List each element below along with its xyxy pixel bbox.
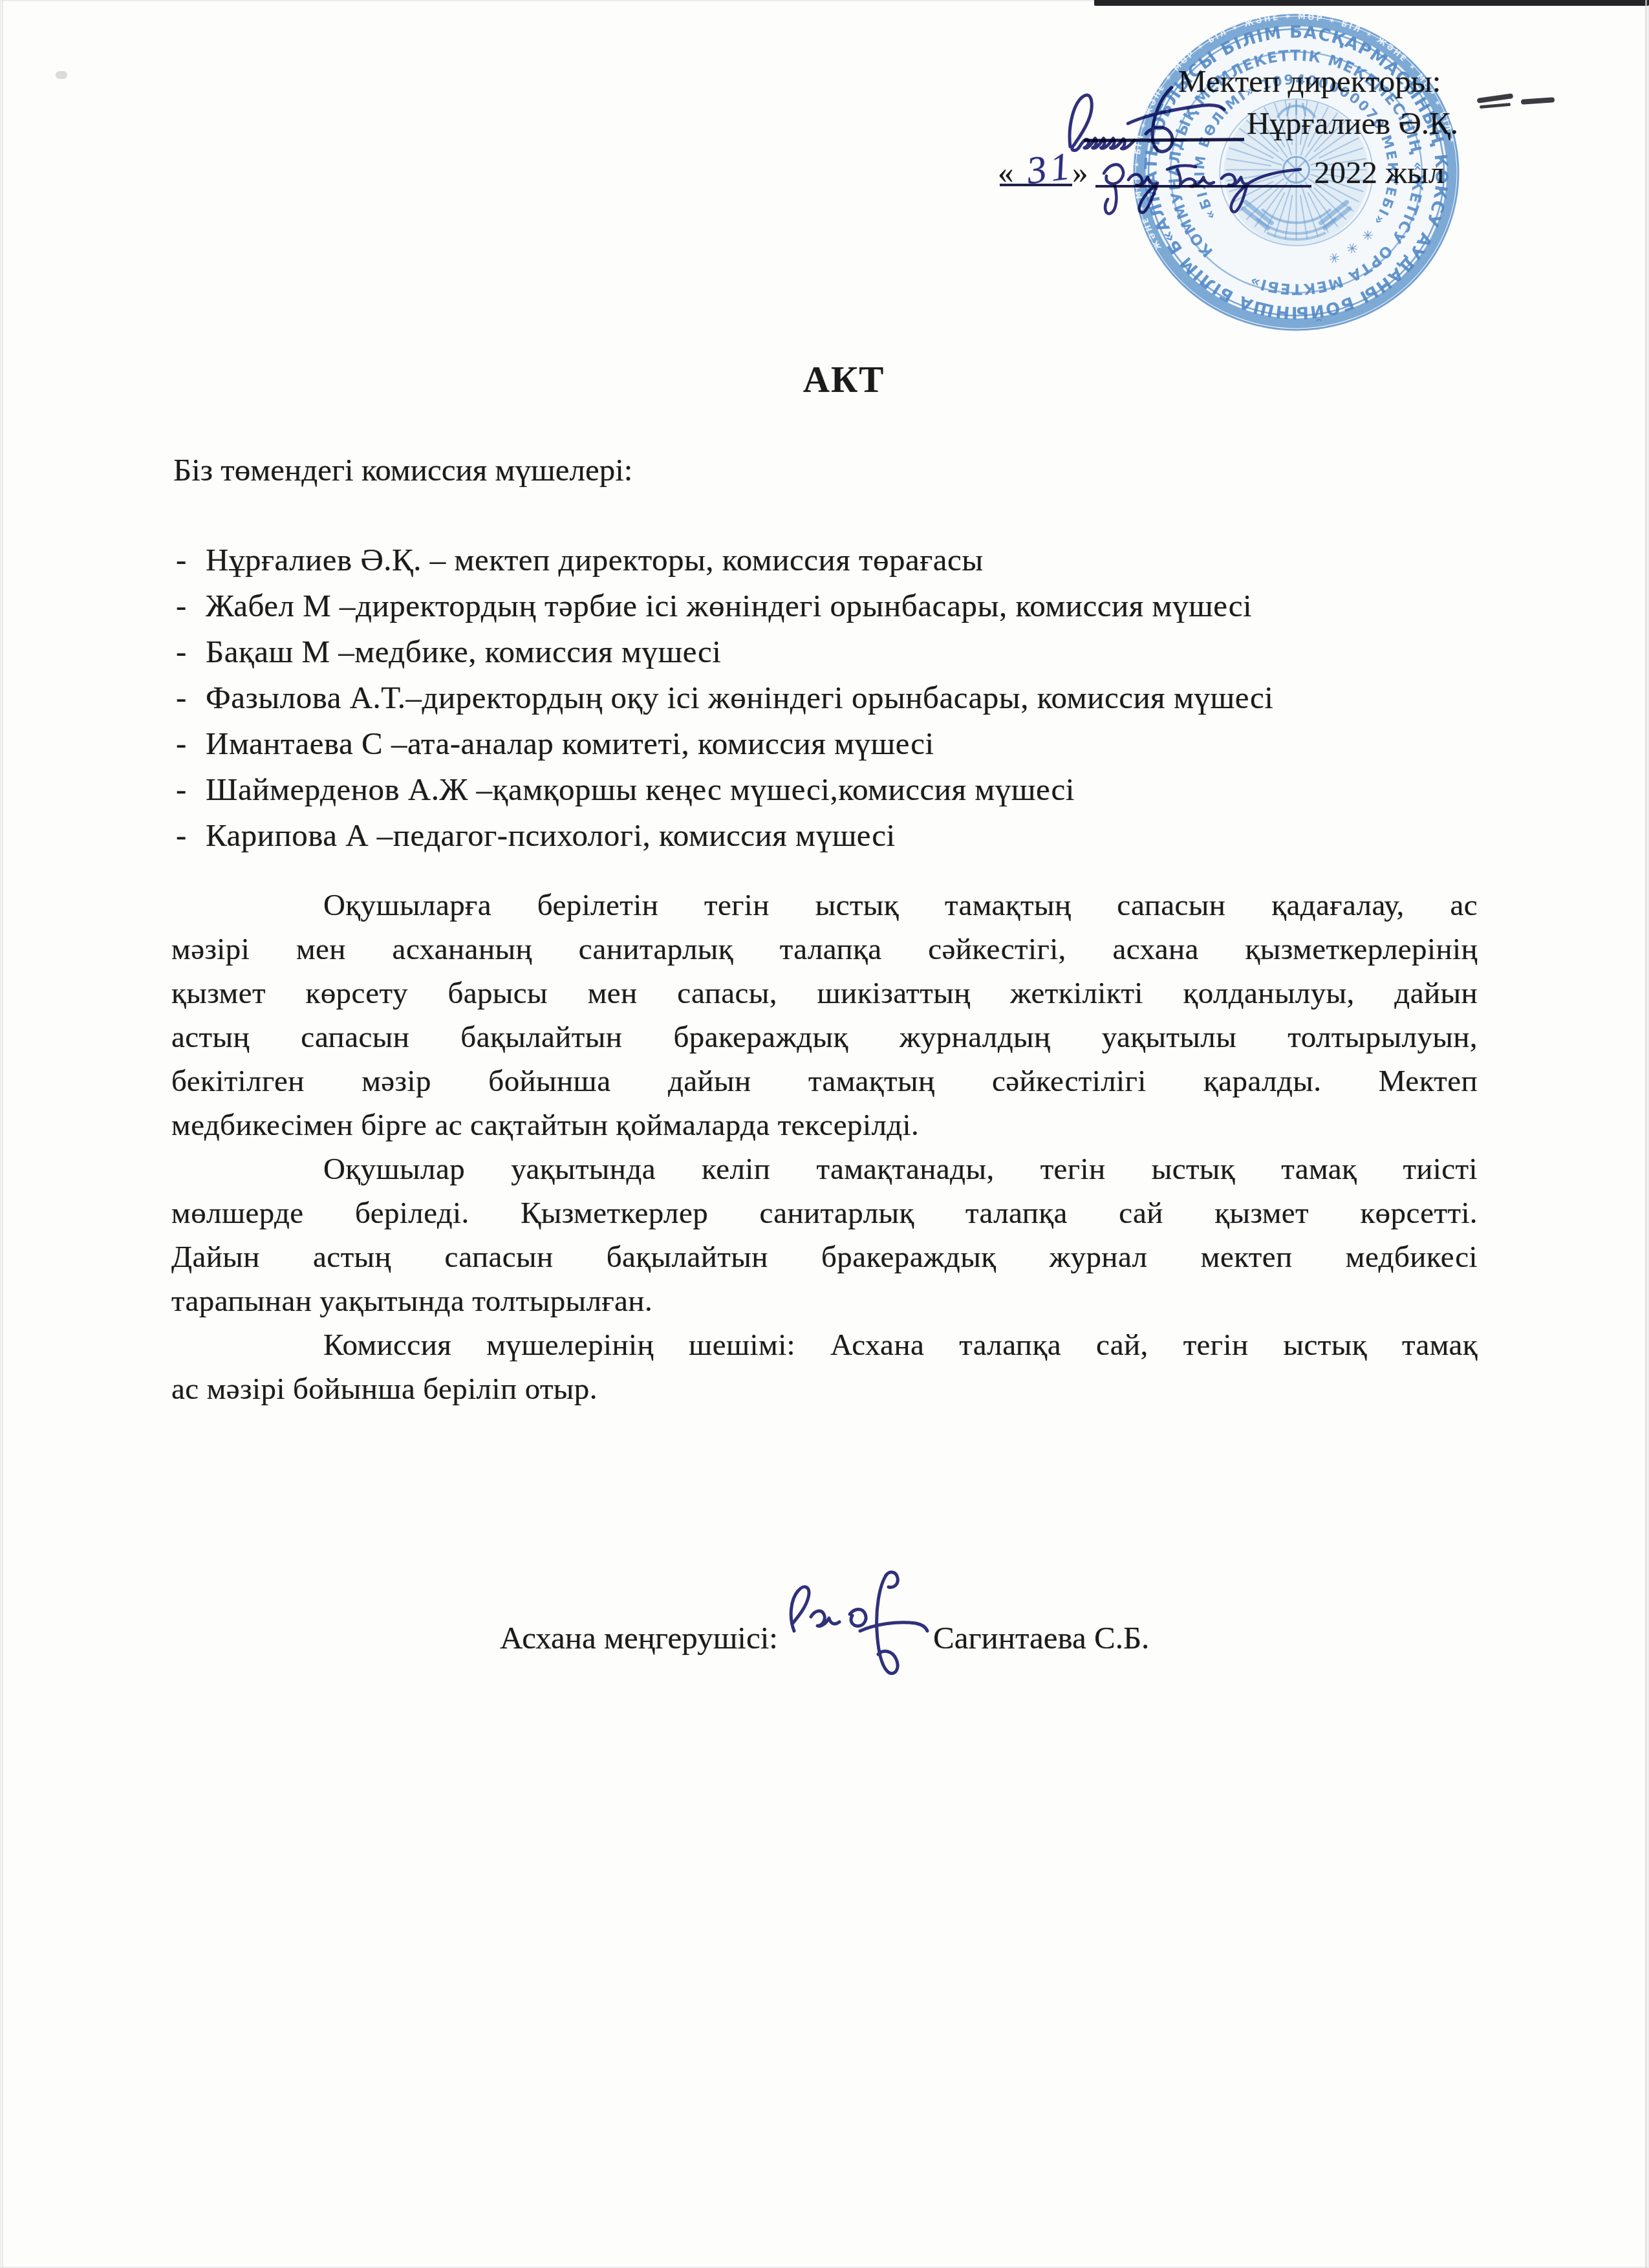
canteen-manager-name: Сагинтаева С.Б.	[933, 1619, 1149, 1656]
list-dash: -	[176, 537, 187, 583]
member-text: Имантаева С –ата-аналар комитеті, комисс…	[206, 726, 934, 761]
paragraph-line: тарапынан уақытында толтырылған.	[171, 1279, 1478, 1323]
pen-mark-artifact	[1477, 93, 1514, 103]
paragraph-line: астың сапасын бақылайтын бракераждық жур…	[171, 1015, 1478, 1059]
pen-mark-artifact	[1480, 103, 1511, 109]
member-text: Бақаш М –медбике, комиссия мүшесі	[206, 634, 721, 669]
canteen-manager-signature-ink	[782, 1569, 931, 1682]
paragraph-line: бекітілген мәзір бойынша дайын тамақтың …	[171, 1059, 1478, 1103]
member-item: -Фазылова А.Т.–директордың оқу ісі жөнін…	[176, 675, 1273, 720]
paragraph-line: Оқушыларға берілетін тегін ыстық тамақты…	[171, 883, 1478, 927]
date-day-underline	[1000, 184, 1072, 186]
paragraph-line: Комиссия мүшелерінің шешімі: Асхана тала…	[171, 1323, 1478, 1367]
list-dash: -	[176, 766, 187, 812]
member-text: Фазылова А.Т.–директордың оқу ісі жөнінд…	[206, 680, 1273, 715]
member-text: Жабел М –директордың тәрбие ісі жөніндег…	[206, 588, 1252, 623]
list-dash: -	[176, 675, 187, 720]
member-text: Шаймерденов А.Ж –қамқоршы кеңес мүшесі,к…	[206, 772, 1075, 807]
canteen-manager-label: Асхана меңгерушісі:	[500, 1619, 778, 1656]
paragraph-line: мөлшерде беріледі. Қызметкерлер санитарл…	[171, 1191, 1478, 1235]
paragraph-line: Дайын астың сапасын бақылайтын бракеражд…	[171, 1235, 1478, 1279]
pen-mark-artifact	[1521, 97, 1555, 105]
list-dash: -	[176, 629, 187, 675]
commission-members-list: -Нұрғалиев Ә.Қ. – мектеп директоры, коми…	[176, 537, 1273, 858]
kazakhstan-emblem-icon	[1226, 100, 1366, 239]
member-item: -Нұрғалиев Ә.Қ. – мектеп директоры, коми…	[176, 537, 1273, 583]
member-text: Карипова А –педагог-психологі, комиссия …	[206, 817, 896, 853]
scan-edge-artifact	[1645, 0, 1647, 2268]
paragraph-line: ас мәзірі бойынша беріліп отыр.	[171, 1367, 1478, 1411]
body-paragraphs: Оқушыларға берілетін тегін ыстық тамақты…	[171, 883, 1478, 1411]
scan-edge-artifact	[2, 0, 3, 2268]
member-item: -Карипова А –педагог-психологі, комиссия…	[176, 812, 1273, 858]
member-item: -Жабел М –директордың тәрбие ісі жөнінде…	[176, 583, 1273, 629]
scan-edge-artifact	[1094, 0, 1649, 6]
list-dash: -	[176, 720, 187, 766]
scanned-document-page: Мектеп директоры: Нұрғалиев Ә.Қ. « 31 » …	[0, 0, 1649, 2268]
date-close-quote: »	[1072, 154, 1088, 191]
list-dash: -	[176, 812, 187, 858]
paragraph-line: мәзірі мен асхананың санитарлық талапқа …	[171, 927, 1478, 971]
paragraph-line: медбикесімен бірге ас сақтайтын қоймалар…	[171, 1103, 1478, 1147]
member-item: -Имантаева С –ата-аналар комитеті, комис…	[176, 720, 1273, 766]
member-text: Нұрғалиев Ә.Қ. – мектеп директоры, комис…	[206, 542, 984, 578]
intro-line: Біз төмендегі комиссия мүшелері:	[173, 451, 632, 488]
paragraph-line: Оқушылар уақытында келіп тамақтанады, те…	[171, 1147, 1478, 1191]
paragraph-line: қызмет көрсету барысы мен сапасы, шикіза…	[171, 971, 1478, 1015]
smudge-artifact	[56, 71, 67, 79]
document-title: АКТ	[19, 359, 1649, 401]
member-item: -Шаймерденов А.Ж –қамқоршы кеңес мүшесі,…	[176, 766, 1273, 812]
list-dash: -	[176, 583, 187, 629]
member-item: -Бақаш М –медбике, комиссия мүшесі	[176, 629, 1273, 675]
official-school-stamp: ЖӘНЕ ✶ МӨР ✶ БІЛ ✶ ЖӘНЕ ✶ МӨР ✶ БІЛ ✶ ЖӘ…	[1133, 13, 1460, 332]
